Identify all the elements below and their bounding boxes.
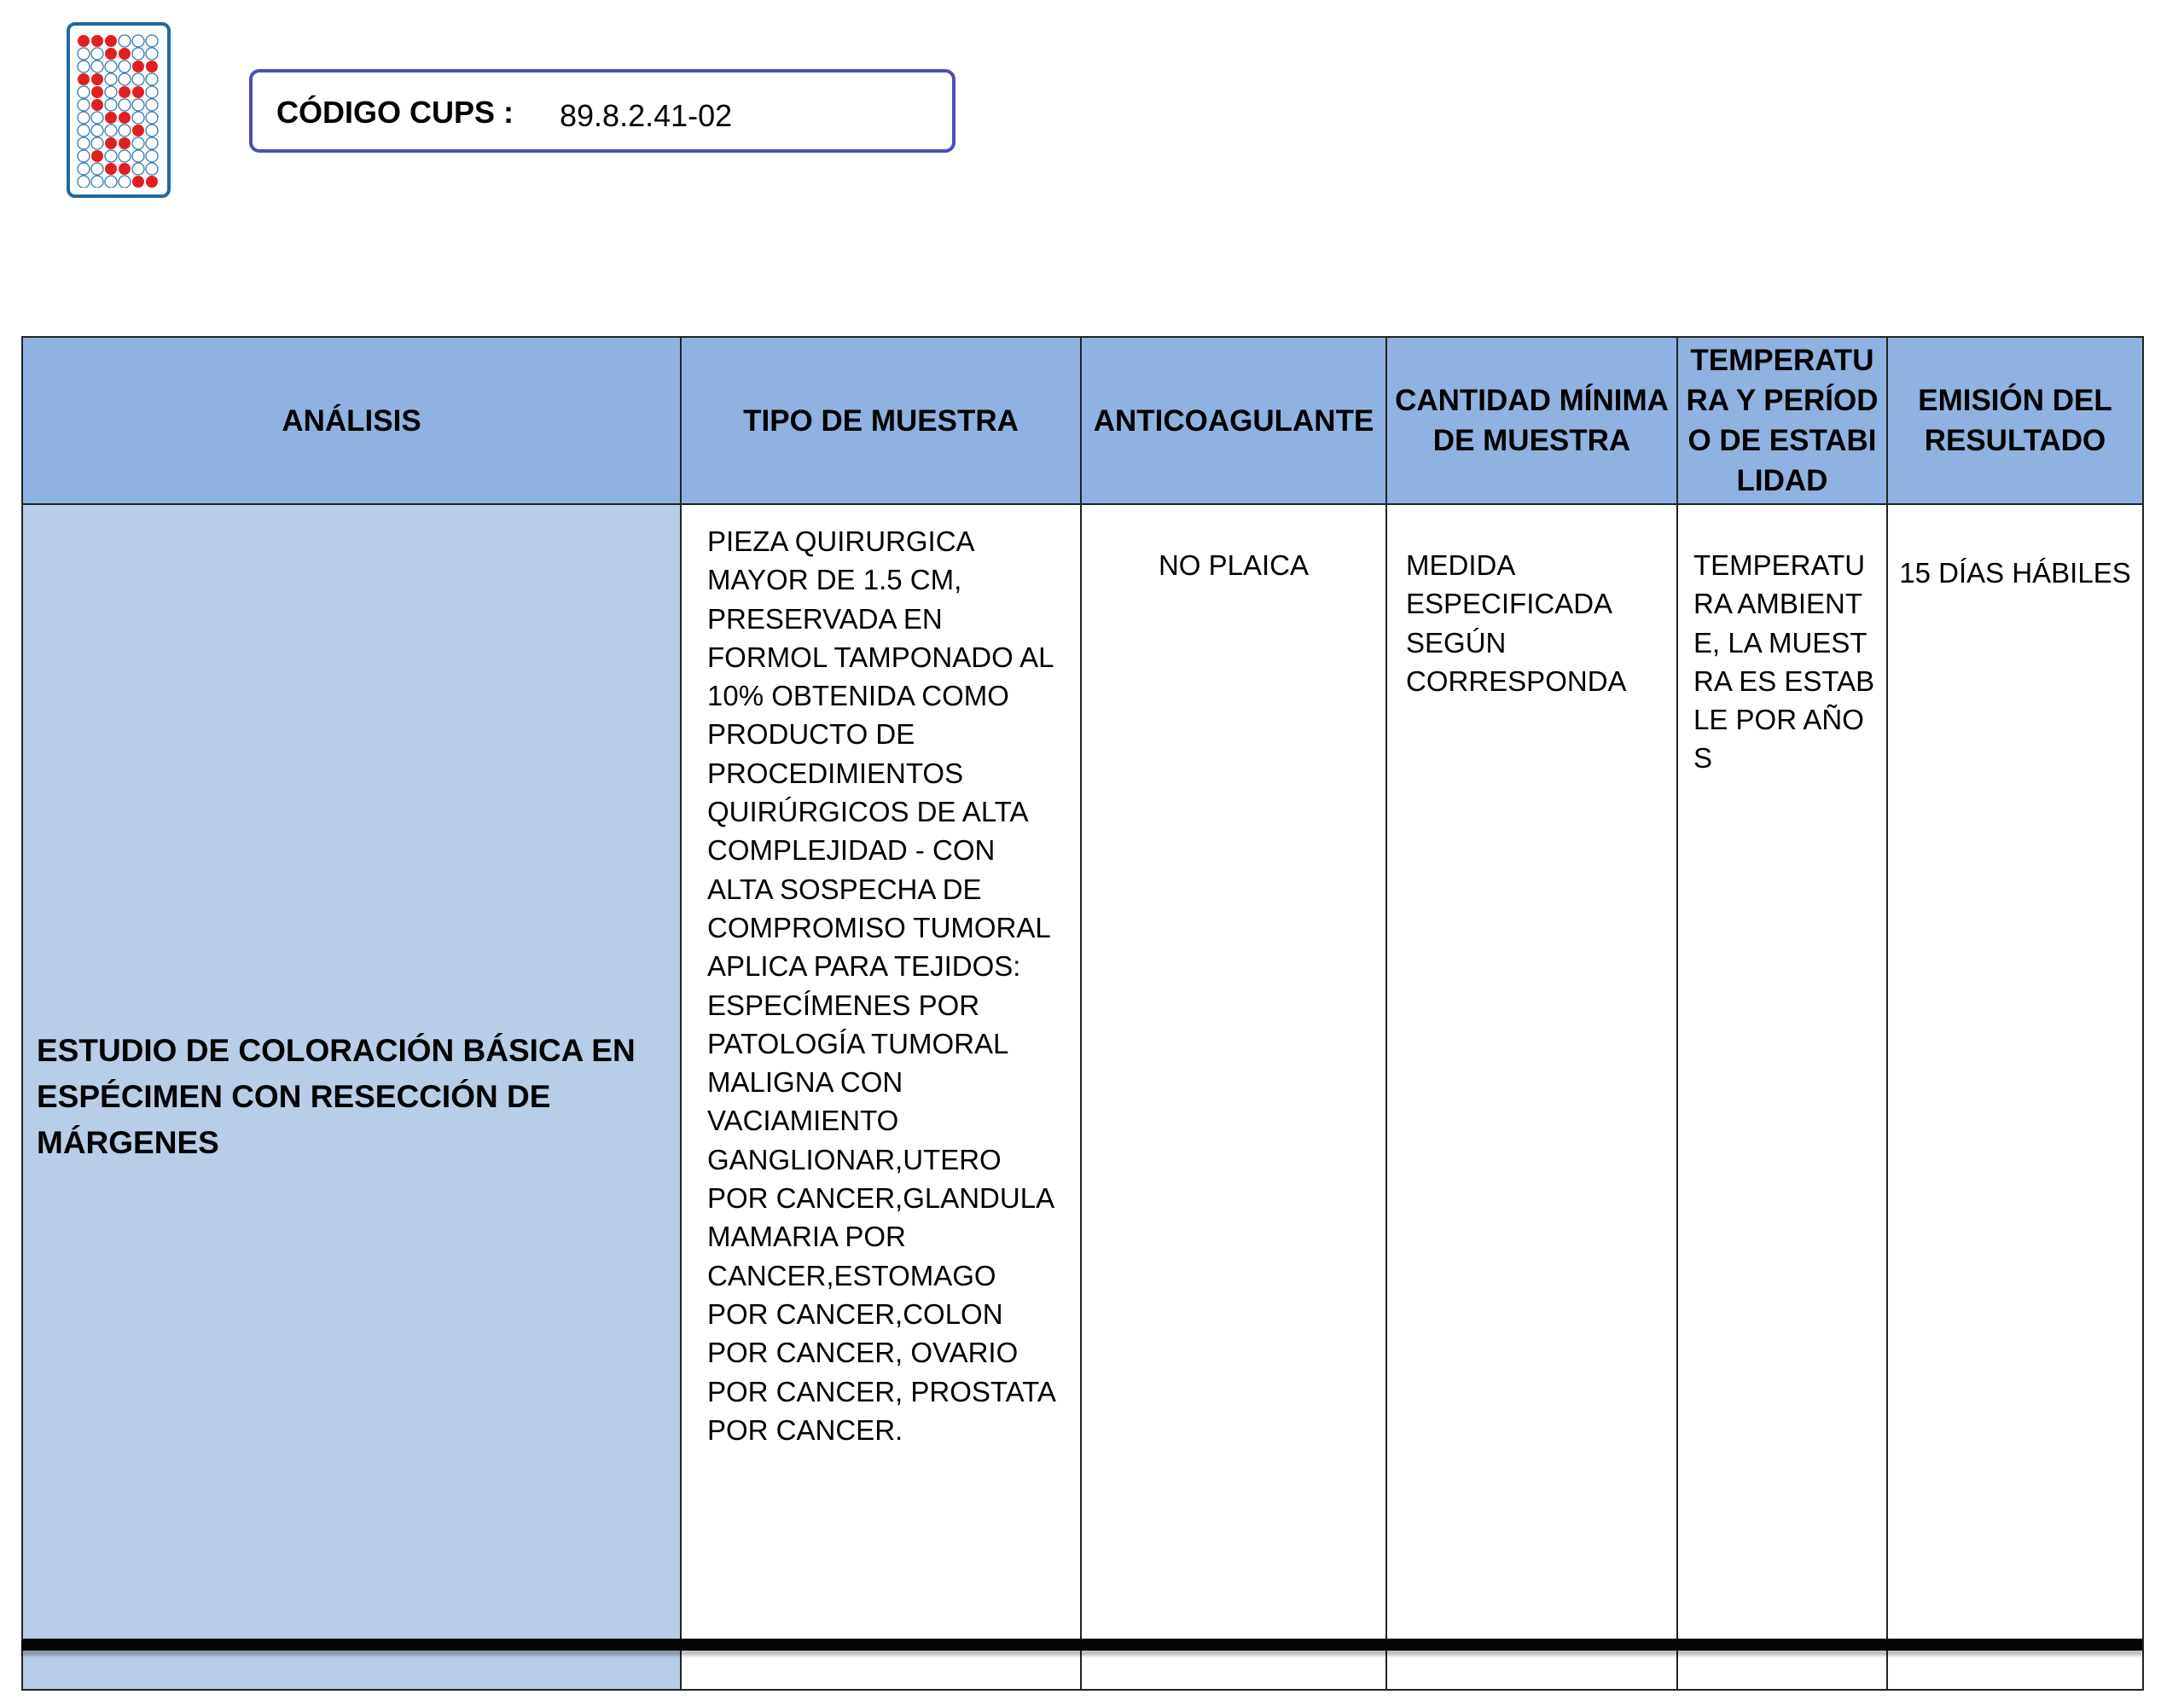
column-header-anticoagulante: ANTICOAGULANTE [1081, 337, 1386, 504]
cell-anticoagulante: NO PLAICA [1081, 504, 1386, 1690]
column-header-emision: EMISIÓN DEL RESULTADO [1887, 337, 2143, 504]
specimen-table: ANÁLISIS TIPO DE MUESTRA ANTICOAGULANTE … [21, 336, 2144, 1691]
cell-cantidad-minima: MEDIDA ESPECIFICADA SEGÚN CORRESPONDA [1386, 504, 1677, 1690]
abacus-dots [77, 32, 160, 188]
cell-tipo-muestra: PIEZA QUIRURGICA MAYOR DE 1.5 CM, PRESER… [681, 504, 1081, 1690]
cups-label: CÓDIGO CUPS : [276, 95, 514, 131]
table-row: ESTUDIO DE COLORACIÓN BÁSICA EN ESPÉCIME… [22, 504, 2143, 1690]
abacus-logo-icon [67, 22, 171, 198]
cell-emision: 15 DÍAS HÁBILES [1887, 504, 2143, 1690]
cell-temperatura: TEMPERATURA AMBIENTE, LA MUESTRA ES ESTA… [1677, 504, 1887, 1690]
cups-code-box: CÓDIGO CUPS : 89.8.2.41-02 [249, 69, 955, 153]
column-header-cantidad-minima: CANTIDAD MÍNIMA DE MUESTRA [1386, 337, 1677, 504]
table-header-row: ANÁLISIS TIPO DE MUESTRA ANTICOAGULANTE … [22, 337, 2143, 504]
column-header-analisis: ANÁLISIS [22, 337, 681, 504]
cups-value: 89.8.2.41-02 [560, 98, 732, 134]
column-header-temperatura: TEMPERATURA Y PERÍODO DE ESTABILIDAD [1677, 337, 1887, 504]
table-bottom-border [21, 1639, 2142, 1651]
cell-analisis: ESTUDIO DE COLORACIÓN BÁSICA EN ESPÉCIME… [22, 504, 681, 1690]
column-header-tipo-muestra: TIPO DE MUESTRA [681, 337, 1081, 504]
